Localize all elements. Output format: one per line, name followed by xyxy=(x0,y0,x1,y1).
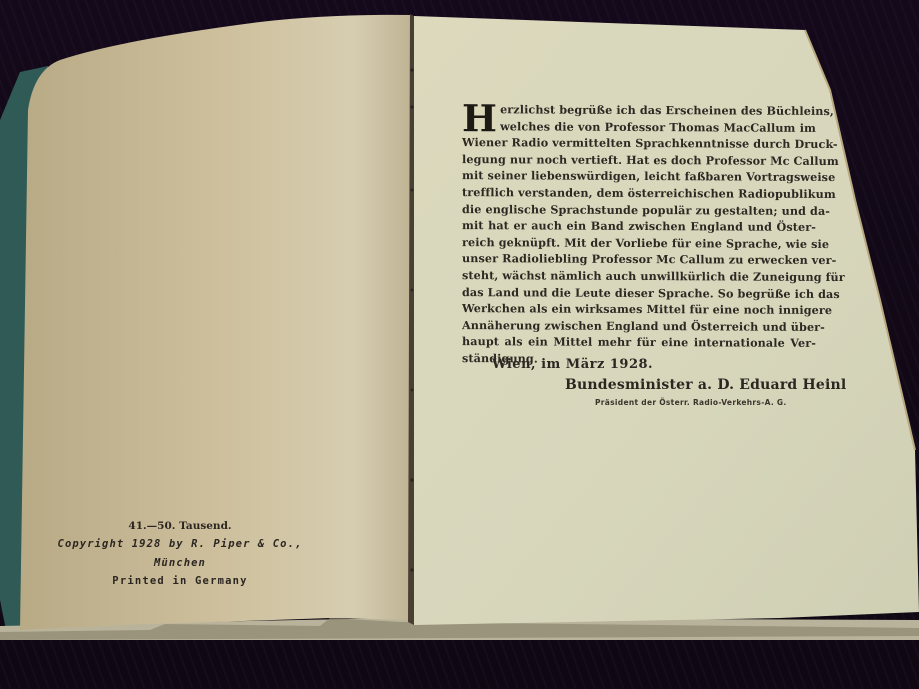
imprint-block: 41.—50. Tausend. Copyright 1928 by R. Pi… xyxy=(30,518,330,590)
text-line: Wiener Radio vermittelten Sprachkenntnis… xyxy=(462,134,816,152)
text-line: haupt als ein Mittel mehr für eine inter… xyxy=(462,333,816,351)
text-line: erzlichst begrüße ich das Erscheinen des… xyxy=(462,101,816,119)
text-line: Annäherung zwischen England und Österrei… xyxy=(462,317,816,335)
edition-line: 41.—50. Tausend. xyxy=(30,518,330,535)
signature: Bundesminister a. D. Eduard Heinl xyxy=(565,377,846,393)
signature-title: Präsident der Österr. Radio-Verkehrs-A. … xyxy=(595,398,787,407)
text-line: trefflich verstanden, dem österreichisch… xyxy=(462,184,816,202)
drop-cap: H xyxy=(462,103,497,133)
book-text: H erzlichst begrüße ich das Erscheinen d… xyxy=(0,0,919,689)
text-line: Werkchen als ein wirksames Mittel für ei… xyxy=(462,300,816,318)
text-line: legung nur noch vertieft. Hat es doch Pr… xyxy=(462,151,816,169)
text-line: steht, wächst nämlich auch unwillkürlich… xyxy=(462,267,816,285)
text-line: unser Radioliebling Professor Mc Callum … xyxy=(462,250,816,268)
text-line: reich geknüpft. Mit der Vorliebe für ein… xyxy=(462,234,816,252)
text-line: das Land und die Leute dieser Sprache. S… xyxy=(462,284,816,302)
text-line: mit seiner liebenswürdigen, leicht faßba… xyxy=(462,167,816,185)
text-line: welches die von Professor Thomas MacCall… xyxy=(462,118,816,136)
printed-line: Printed in Germany xyxy=(30,573,330,590)
foreword-paragraph: H erzlichst begrüße ich das Erscheinen d… xyxy=(462,101,816,368)
place-date: Wien, im März 1928. xyxy=(492,357,653,372)
text-line: die englische Sprachstunde populär zu ge… xyxy=(462,201,816,219)
copyright-line: Copyright 1928 by R. Piper & Co., Münche… xyxy=(30,535,330,573)
text-line: mit hat er auch ein Band zwischen Englan… xyxy=(462,217,816,235)
